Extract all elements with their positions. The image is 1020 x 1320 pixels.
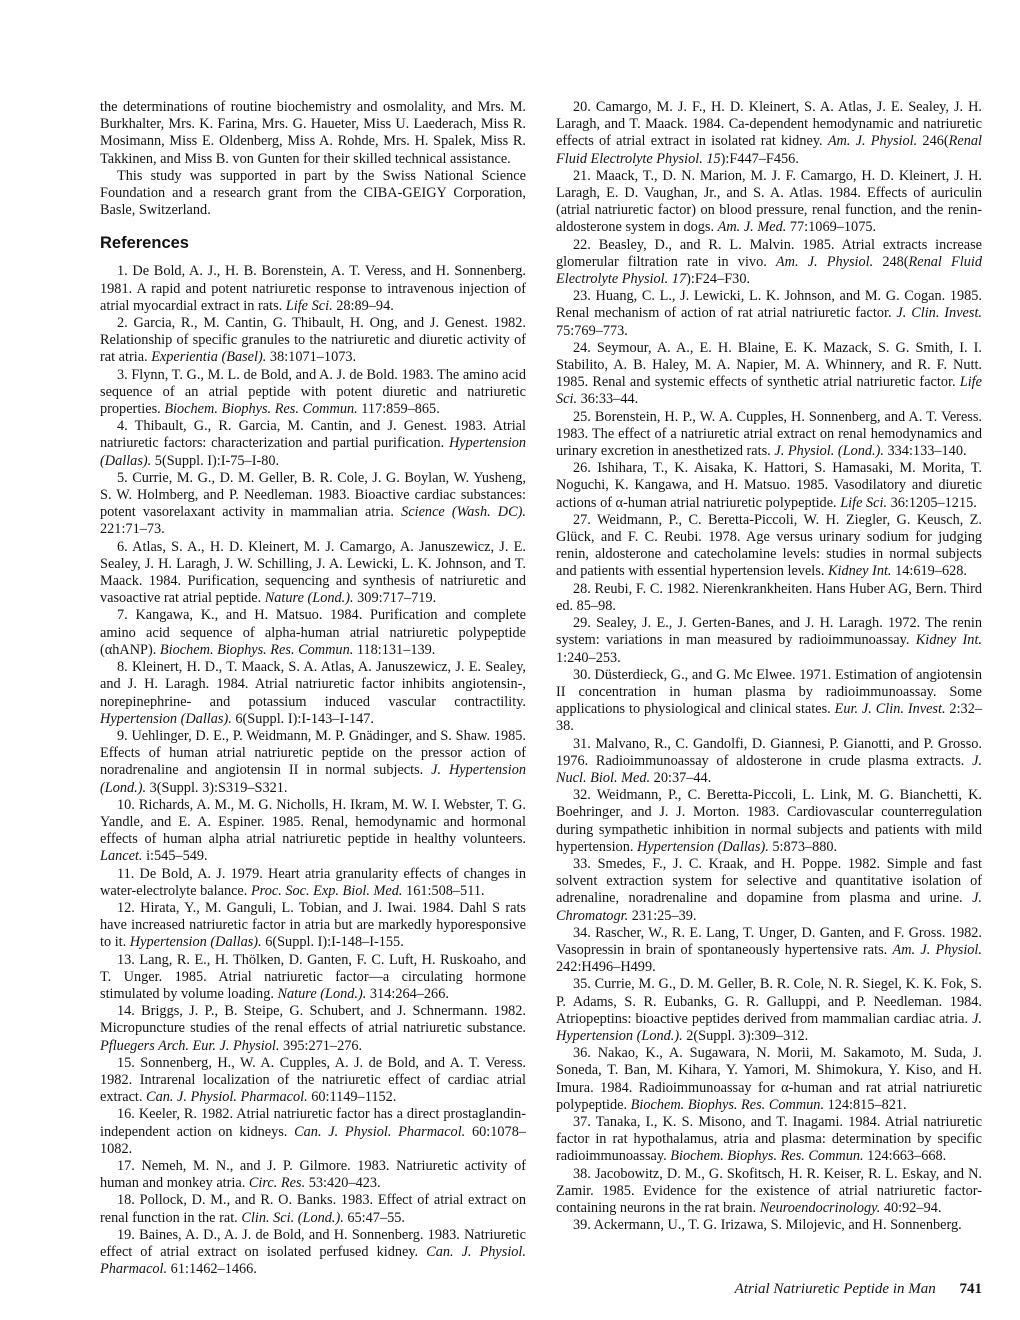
reference-item: 3. Flynn, T. G., M. L. de Bold, and A. J… <box>100 367 526 419</box>
reference-item: 32. Weidmann, P., C. Beretta-Piccoli, L.… <box>556 787 982 856</box>
reference-item: 23. Huang, C. L., J. Lewicki, L. K. John… <box>556 288 982 340</box>
reference-item: 16. Keeler, R. 1982. Atrial natriuretic … <box>100 1106 526 1158</box>
reference-item: 7. Kangawa, K., and H. Matsuo. 1984. Pur… <box>100 607 526 659</box>
references-heading: References <box>100 234 526 253</box>
reference-item: 33. Smedes, F., J. C. Kraak, and H. Popp… <box>556 856 982 925</box>
reference-item: 34. Rascher, W., R. E. Lang, T. Unger, D… <box>556 925 982 977</box>
reference-item: 39. Ackermann, U., T. G. Irizawa, S. Mil… <box>556 1217 982 1234</box>
reference-item: 1. De Bold, A. J., H. B. Borenstein, A. … <box>100 263 526 315</box>
reference-item: 24. Seymour, A. A., E. H. Blaine, E. K. … <box>556 340 982 409</box>
reference-item: 6. Atlas, S. A., H. D. Kleinert, M. J. C… <box>100 539 526 608</box>
reference-item: 15. Sonnenberg, H., W. A. Cupples, A. J.… <box>100 1055 526 1107</box>
reference-item: 5. Currie, M. G., D. M. Geller, B. R. Co… <box>100 470 526 539</box>
references-list-left: 1. De Bold, A. J., H. B. Borenstein, A. … <box>100 263 526 1278</box>
reference-item: 2. Garcia, R., M. Cantin, G. Thibault, H… <box>100 315 526 367</box>
reference-item: 36. Nakao, K., A. Sugawara, N. Morii, M.… <box>556 1045 982 1114</box>
reference-item: 26. Ishihara, T., K. Aisaka, K. Hattori,… <box>556 460 982 512</box>
reference-item: 18. Pollock, D. M., and R. O. Banks. 198… <box>100 1192 526 1226</box>
reference-item: 17. Nemeh, M. N., and J. P. Gilmore. 198… <box>100 1158 526 1192</box>
reference-item: 25. Borenstein, H. P., W. A. Cupples, H.… <box>556 409 982 461</box>
reference-item: 29. Sealey, J. E., J. Gerten-Banes, and … <box>556 615 982 667</box>
reference-item: 30. Düsterdieck, G., and G. Mc Elwee. 19… <box>556 667 982 736</box>
references-list-right: 20. Camargo, M. J. F., H. D. Kleinert, S… <box>556 99 982 1234</box>
reference-item: 9. Uehlinger, D. E., P. Weidmann, M. P. … <box>100 728 526 797</box>
reference-item: 14. Briggs, J. P., B. Steipe, G. Schuber… <box>100 1003 526 1055</box>
right-column: 20. Camargo, M. J. F., H. D. Kleinert, S… <box>556 99 982 1279</box>
running-title: Atrial Natriuretic Peptide in Man <box>735 1281 936 1297</box>
reference-item: 11. De Bold, A. J. 1979. Heart atria gra… <box>100 866 526 900</box>
two-column-text-block: the determinations of routine biochemist… <box>100 99 982 1279</box>
reference-item: 20. Camargo, M. J. F., H. D. Kleinert, S… <box>556 99 982 168</box>
acknowledgments-continuation: the determinations of routine biochemist… <box>100 99 526 168</box>
page-number: 741 <box>960 1281 983 1297</box>
reference-item: 35. Currie, M. G., D. M. Geller, B. R. C… <box>556 976 982 1045</box>
reference-item: 12. Hirata, Y., M. Ganguli, L. Tobian, a… <box>100 900 526 952</box>
reference-item: 19. Baines, A. D., A. J. de Bold, and H.… <box>100 1227 526 1279</box>
left-column: the determinations of routine biochemist… <box>100 99 526 1279</box>
acknowledgments-funding: This study was supported in part by the … <box>100 168 526 220</box>
reference-item: 8. Kleinert, H. D., T. Maack, S. A. Atla… <box>100 659 526 728</box>
page-footer: Atrial Natriuretic Peptide in Man 741 <box>735 1281 982 1298</box>
reference-item: 37. Tanaka, I., K. S. Misono, and T. Ina… <box>556 1114 982 1166</box>
journal-page: the determinations of routine biochemist… <box>0 0 1020 1320</box>
reference-item: 10. Richards, A. M., M. G. Nicholls, H. … <box>100 797 526 866</box>
reference-item: 28. Reubi, F. C. 1982. Nierenkrankheiten… <box>556 581 982 615</box>
reference-item: 31. Malvano, R., C. Gandolfi, D. Giannes… <box>556 736 982 788</box>
reference-item: 4. Thibault, G., R. Garcia, M. Cantin, a… <box>100 418 526 470</box>
reference-item: 21. Maack, T., D. N. Marion, M. J. F. Ca… <box>556 168 982 237</box>
reference-item: 27. Weidmann, P., C. Beretta-Piccoli, W.… <box>556 512 982 581</box>
reference-item: 13. Lang, R. E., H. Thölken, D. Ganten, … <box>100 952 526 1004</box>
reference-item: 22. Beasley, D., and R. L. Malvin. 1985.… <box>556 237 982 289</box>
reference-item: 38. Jacobowitz, D. M., G. Skofitsch, H. … <box>556 1166 982 1218</box>
